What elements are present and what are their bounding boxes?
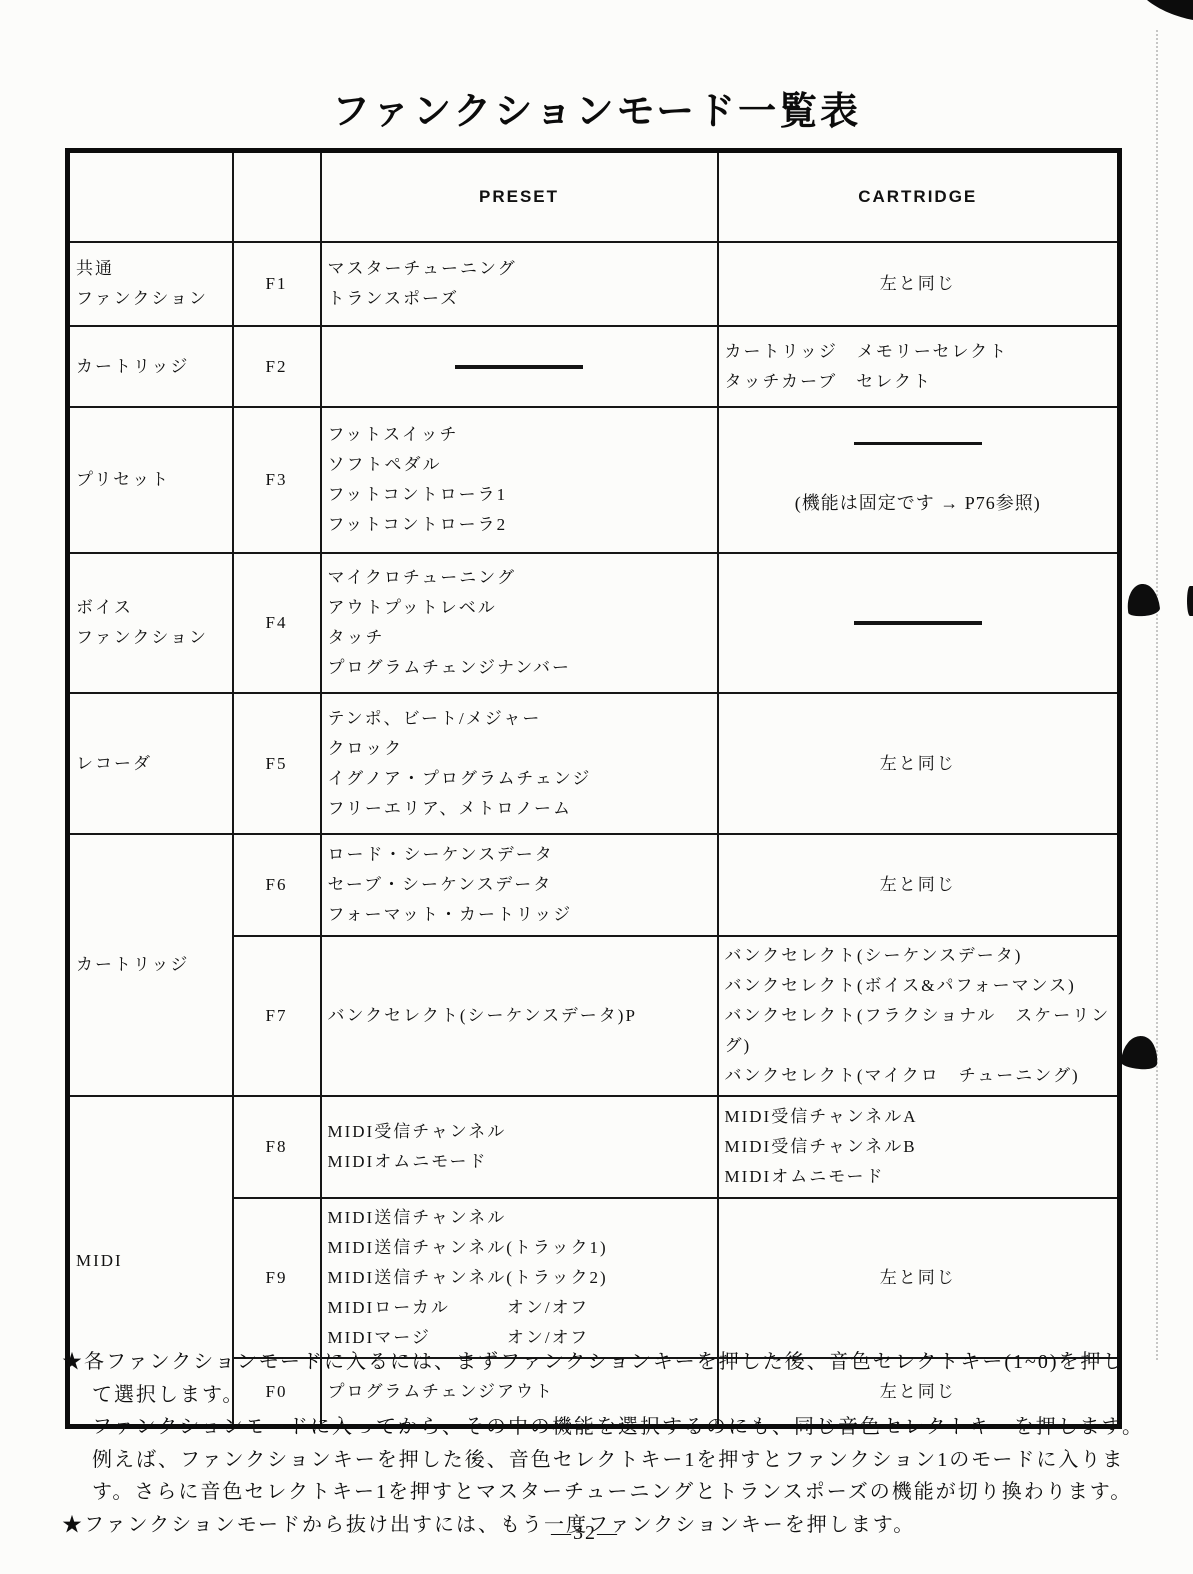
function-mode-table: PRESET CARTRIDGE 共通 ファンクション F1 マスターチューニン… xyxy=(65,148,1122,1429)
cell-preset: バンクセレクト(シーケンスデータ)P xyxy=(321,936,718,1096)
cell-fkey: F6 xyxy=(233,834,321,936)
table-row-f8: MIDI F8 MIDI受信チャンネル MIDIオムニモード MIDI受信チャン… xyxy=(68,1096,1120,1198)
cell-fkey: F3 xyxy=(233,407,321,553)
cell-preset xyxy=(321,326,718,407)
table-header-row: PRESET CARTRIDGE xyxy=(68,151,1120,243)
page-title: ファンクションモード一覧表 xyxy=(0,80,1193,135)
note-line: す。さらに音色セレクトキー1を押すとマスターチューニングとトランスポーズの機能が… xyxy=(62,1476,1147,1509)
table-row-f1: 共通 ファンクション F1 マスターチューニング トランスポーズ 左と同じ xyxy=(68,242,1120,326)
scan-corner-artifact xyxy=(1147,0,1193,24)
dash-placeholder xyxy=(854,621,982,625)
document-page: ファンクションモード一覧表 PRESET CARTRIDGE 共通 ファンクショ… xyxy=(0,0,1193,1574)
cell-category: レコーダ xyxy=(68,693,233,834)
cell-category: カートリッジ xyxy=(68,326,233,407)
header-cartridge: CARTRIDGE xyxy=(718,151,1120,243)
cell-cartridge: バンクセレクト(シーケンスデータ) バンクセレクト(ボイス&パフォーマンス) バ… xyxy=(718,936,1120,1096)
cell-cartridge: 左と同じ xyxy=(718,1198,1120,1358)
cell-fkey: F2 xyxy=(233,326,321,407)
dash-placeholder xyxy=(455,365,583,369)
header-category-empty xyxy=(68,151,233,243)
table-row-f5: レコーダ F5 テンポ、ビート/メジャー クロック イグノア・プログラムチェンジ… xyxy=(68,693,1120,834)
cell-preset: MIDI送信チャンネル MIDI送信チャンネル(トラック1) MIDI送信チャン… xyxy=(321,1198,718,1358)
cartridge-fixed-note: (機能は固定です → P76参照) xyxy=(725,488,1112,518)
cell-cartridge: カートリッジ メモリーセレクト タッチカーブ セレクト xyxy=(718,326,1120,407)
cell-preset: マイクロチューニング アウトプットレベル タッチ プログラムチェンジナンバー xyxy=(321,553,718,693)
cell-category: ボイス ファンクション xyxy=(68,553,233,693)
note-line: て選択します。 xyxy=(62,1379,1147,1412)
cell-category: プリセット xyxy=(68,407,233,553)
scan-smudge-artifact xyxy=(1121,1034,1160,1070)
scan-smudge-edge-artifact xyxy=(1187,586,1193,616)
header-fkey-empty xyxy=(233,151,321,243)
cell-fkey: F4 xyxy=(233,553,321,693)
cell-preset: MIDI受信チャンネル MIDIオムニモード xyxy=(321,1096,718,1198)
cell-cartridge: 左と同じ xyxy=(718,834,1120,936)
cell-fkey: F1 xyxy=(233,242,321,326)
cell-preset: マスターチューニング トランスポーズ xyxy=(321,242,718,326)
cell-cartridge xyxy=(718,553,1120,693)
footnotes: ★各ファンクションモードに入るには、まずファンクションキーを押した後、音色セレク… xyxy=(62,1346,1147,1541)
cell-cartridge: 左と同じ xyxy=(718,242,1120,326)
cell-preset: テンポ、ビート/メジャー クロック イグノア・プログラムチェンジ フリーエリア、… xyxy=(321,693,718,834)
table-row-f2: カートリッジ F2 カートリッジ メモリーセレクト タッチカーブ セレクト xyxy=(68,326,1120,407)
note-line: 例えば、ファンクションキーを押した後、音色セレクトキー1を押すとファンクション1… xyxy=(62,1444,1147,1477)
header-preset: PRESET xyxy=(321,151,718,243)
cell-fkey: F7 xyxy=(233,936,321,1096)
page-number: —32— xyxy=(0,1522,1170,1545)
cell-preset: ロード・シーケンスデータ セーブ・シーケンスデータ フォーマット・カートリッジ xyxy=(321,834,718,936)
table-row-f4: ボイス ファンクション F4 マイクロチューニング アウトプットレベル タッチ … xyxy=(68,553,1120,693)
cell-preset: フットスイッチ ソフトペダル フットコントローラ1 フットコントローラ2 xyxy=(321,407,718,553)
cell-category: 共通 ファンクション xyxy=(68,242,233,326)
cell-fkey: F8 xyxy=(233,1096,321,1198)
note-line: ファンクションモードに入ってから、その中の機能を選択するのにも、同じ音色セレクト… xyxy=(62,1411,1147,1444)
cell-cartridge: (機能は固定です → P76参照) xyxy=(718,407,1120,553)
cell-cartridge: MIDI受信チャンネルA MIDI受信チャンネルB MIDIオムニモード xyxy=(718,1096,1120,1198)
cell-fkey: F9 xyxy=(233,1198,321,1358)
note-line: ★各ファンクションモードに入るには、まずファンクションキーを押した後、音色セレク… xyxy=(62,1346,1147,1379)
cell-category-cartridge-group: カートリッジ xyxy=(68,834,233,1096)
table-row-f6: カートリッジ F6 ロード・シーケンスデータ セーブ・シーケンスデータ フォーマ… xyxy=(68,834,1120,936)
cell-cartridge: 左と同じ xyxy=(718,693,1120,834)
cell-fkey: F5 xyxy=(233,693,321,834)
binding-dotted-line-artifact xyxy=(1156,30,1158,1360)
dash-placeholder xyxy=(854,442,982,445)
table-row-f3: プリセット F3 フットスイッチ ソフトペダル フットコントローラ1 フットコン… xyxy=(68,407,1120,553)
